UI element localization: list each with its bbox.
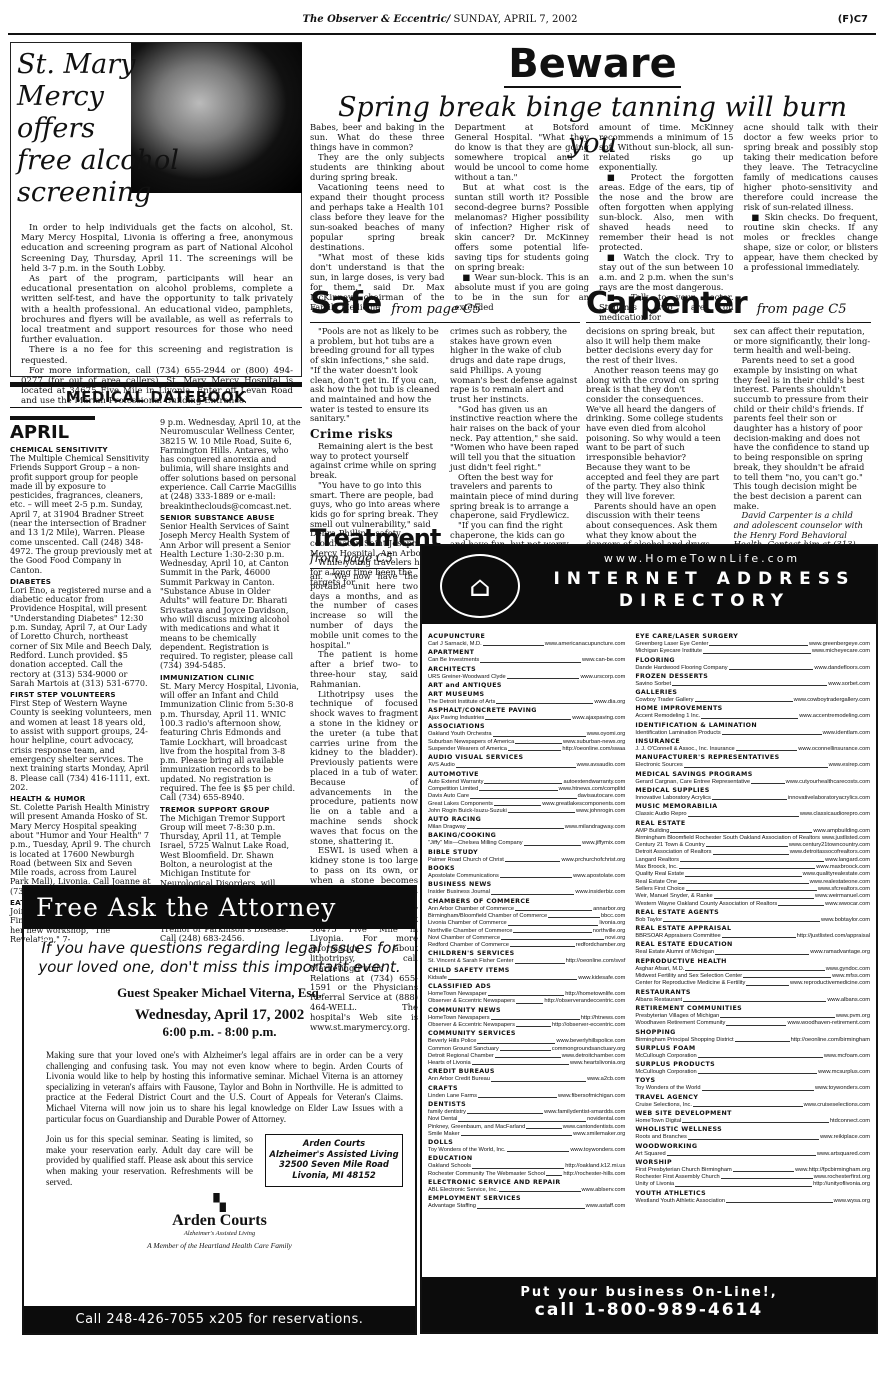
entry-name: Detroit Regional Chamber bbox=[428, 1053, 494, 1060]
entry-url[interactable]: www.esirep.com bbox=[829, 762, 870, 769]
directory-entry[interactable]: J. J. O'Connell & Assoc., Inc. Insurance… bbox=[635, 746, 870, 753]
issue-date: SUNDAY, APRIL 7, 2002 bbox=[454, 14, 578, 25]
directory-entry[interactable]: Hearts of Livoniawww.heartslivonia.org bbox=[428, 1060, 625, 1067]
directory-category: CHAMBERS OF COMMERCE bbox=[428, 898, 625, 906]
directory-entry[interactable]: Detroit Association of Realtorswww.detro… bbox=[635, 849, 870, 856]
directory-entry[interactable]: Accent Remodeling 1 Inc.www.accentremode… bbox=[635, 713, 870, 720]
directory-entry[interactable]: "Jiffy" Mix—Chelsea Milling Companywww.j… bbox=[428, 840, 625, 847]
entry-name: Electronic Sources bbox=[635, 762, 682, 769]
promo-phone: call 1-800-989-4614 bbox=[422, 1300, 876, 1320]
directory-entry[interactable]: Apostolate Communicationswww.apostolate.… bbox=[428, 873, 625, 880]
entry-url[interactable]: www.avsaudio.com bbox=[577, 762, 626, 769]
directory-entry[interactable]: Smile Makerwww.smilemaker.org bbox=[428, 1131, 625, 1138]
carpenter-from-page: from page C5 bbox=[757, 302, 847, 317]
entry-url[interactable]: novi.org bbox=[605, 935, 625, 942]
entry-name: Gerard Cargnan, Care Entree Representati… bbox=[635, 779, 750, 786]
directory-entry[interactable]: Center for Reproductive Medicine & Ferti… bbox=[635, 980, 870, 987]
entry-url[interactable]: www.artsquared.com bbox=[817, 1151, 870, 1158]
entry-url[interactable]: www.wysa.org bbox=[834, 1198, 870, 1205]
directory-url[interactable]: www.HomeTownLife.com bbox=[532, 552, 872, 565]
entry-url[interactable]: www.familydentist-smardds.com bbox=[544, 1109, 625, 1116]
directory-entry[interactable]: Oakland Schoolshttp://oakland.k12.mi.us bbox=[428, 1163, 625, 1170]
entry-url[interactable]: www.fibersofmichigan.com bbox=[558, 1093, 625, 1100]
entry-url[interactable]: www.bobtaylor.com bbox=[821, 917, 870, 924]
entry-url[interactable]: innovativelaboratoryacrylics.com bbox=[788, 795, 870, 802]
entry-url[interactable]: www.maxbroock.com bbox=[816, 864, 870, 871]
leader-dots bbox=[701, 713, 798, 718]
datebook-event: SENIOR SUBSTANCE ABUSESenior Health Serv… bbox=[160, 513, 302, 671]
datebook-event: 9 p.m. Wednesday, April 10, at the Neuro… bbox=[160, 418, 302, 511]
leader-dots bbox=[526, 1124, 561, 1129]
entry-url[interactable]: http://oeonline.com/birmingham bbox=[791, 1037, 870, 1044]
leader-dots bbox=[501, 935, 604, 940]
entry-url[interactable]: www.cowboytradergallery.com bbox=[794, 697, 870, 704]
entry-url[interactable]: annarbor.org bbox=[593, 906, 625, 913]
directory-entry[interactable]: Weir, Manuel Snyder, & Rankewww.weirmanu… bbox=[635, 893, 870, 900]
directory-category: EMPLOYMENT SERVICES bbox=[428, 1195, 625, 1203]
entry-url[interactable]: www.oyomi.org bbox=[587, 731, 626, 738]
directory-entry[interactable]: Advantage Staffingwww.astaff.com bbox=[428, 1203, 625, 1210]
entry-url[interactable]: www.albans.com bbox=[827, 997, 870, 1004]
safe-jump-head: Safe from page C5 bbox=[310, 288, 580, 323]
entry-url[interactable]: www.cantondentists.com bbox=[563, 1124, 626, 1131]
entry-name: Toy Wonders of the World bbox=[635, 1085, 700, 1092]
leader-dots bbox=[491, 1076, 586, 1081]
directory-category: APARTMENT bbox=[428, 649, 625, 657]
leader-dots bbox=[722, 933, 796, 938]
entry-url[interactable]: www.dia.org bbox=[594, 699, 625, 706]
entry-url[interactable]: redfordchamber.org bbox=[576, 942, 626, 949]
entry-url[interactable]: www.detroitassocofrealtors.com bbox=[790, 849, 870, 856]
directory-entry[interactable]: Michigan Eyecare Institutewww.micheyecar… bbox=[635, 648, 870, 655]
entry-url[interactable]: www.http://fpcbirmingham.org bbox=[795, 1167, 870, 1174]
entry-url[interactable]: livonia.org bbox=[599, 920, 625, 927]
directory-entry[interactable]: Davis Auto Caredavisautocare.com bbox=[428, 793, 625, 800]
entry-url[interactable]: www.ajaxpaving.com bbox=[572, 715, 625, 722]
entry-name: "Jiffy" Mix—Chelsea Milling Company bbox=[428, 840, 523, 847]
entry-url[interactable]: www.smilemaker.org bbox=[573, 1131, 625, 1138]
directory-entry[interactable]: Linden Lane Farmswww.fibersofmichigan.co… bbox=[428, 1093, 625, 1100]
entry-url[interactable]: www.heartslivonia.org bbox=[570, 1060, 625, 1067]
directory-category: MEDICAL SAVINGS PROGRAMS bbox=[635, 771, 870, 779]
directory-entry[interactable]: Great Lakes Componentswww.greatlakescomp… bbox=[428, 801, 625, 808]
entry-url[interactable]: www.kidesafe.com bbox=[578, 975, 625, 982]
entry-name: URS Greiner-Woodward Clyde bbox=[428, 674, 506, 681]
directory-entry[interactable]: Carl J Sarnacki, M.D.www.americanacupunc… bbox=[428, 641, 625, 648]
entry-url[interactable]: http://unityoflivonia.org bbox=[813, 1181, 870, 1188]
directory-entry[interactable]: Redford Chamber of Commerceredfordchambe… bbox=[428, 942, 625, 949]
guest-speaker: Guest Speaker Michael Viterna, Esq. bbox=[24, 985, 415, 1001]
leader-dots bbox=[488, 991, 564, 996]
directory-entry[interactable]: Palmer Road Church of Christwww.prchurch… bbox=[428, 857, 625, 864]
leader-dots bbox=[467, 1109, 543, 1114]
entry-url[interactable]: www.can-be.com bbox=[582, 657, 625, 664]
entry-name: McCullough Corporation bbox=[635, 1069, 696, 1076]
directory-entry[interactable]: Northville Chamber of Commercenorthville… bbox=[428, 928, 625, 935]
directory-entry[interactable]: Dande Hardwood Flooring Companywww.dande… bbox=[635, 665, 870, 672]
directory-entry[interactable]: Detroit Regional Chamberwww.detroitchamb… bbox=[428, 1053, 625, 1060]
entry-name: Great Lakes Components bbox=[428, 801, 493, 808]
directory-entry[interactable]: Milan Dragwaywww.milandragway.com bbox=[428, 824, 625, 831]
entry-url[interactable]: www.toywonders.com bbox=[570, 1147, 625, 1154]
entry-url[interactable]: www.accentremodeling.com bbox=[799, 713, 870, 720]
datebook-event: FIRST STEP VOLUNTEERSFirst Step of Weste… bbox=[10, 690, 152, 792]
directory-entry[interactable]: John Rogin Buick-Isuzu-Suzukiwww.johnrog… bbox=[428, 808, 625, 815]
entry-url[interactable]: www.milandragway.com bbox=[565, 824, 626, 831]
entry-url[interactable]: www.mcsurplus.com bbox=[818, 1069, 870, 1076]
entry-url[interactable]: www.mcfoam.com bbox=[824, 1053, 870, 1060]
directory-entry[interactable]: Classic Audio Reprowww.classicaudiorepro… bbox=[635, 811, 870, 818]
directory-entry[interactable]: Art Squaredwww.artsquared.com bbox=[635, 1151, 870, 1158]
entry-url[interactable]: www.reikiplace.com bbox=[820, 1134, 870, 1141]
directory-entry[interactable]: Suspender Wearers of Americahttp://oeonl… bbox=[428, 746, 625, 753]
ad-header: Free Ask the Attorney Seminar bbox=[24, 887, 415, 929]
directory-category: MUSIC MEMORABILIA bbox=[635, 803, 870, 811]
directory-entry[interactable]: Pinkney, Greenbaum, and MacFarlandwww.ca… bbox=[428, 1124, 625, 1131]
directory-entry[interactable]: Identification Lamination Productswww.id… bbox=[635, 730, 870, 737]
directory-entry[interactable]: Can Be Investmentswww.can-be.com bbox=[428, 657, 625, 664]
leader-dots bbox=[456, 762, 576, 767]
entry-url[interactable]: www.justlisted.com bbox=[822, 835, 870, 842]
entry-url[interactable]: autoextendwarranty.com bbox=[563, 779, 625, 786]
entry-url[interactable]: http://oeonline.com/swaa bbox=[562, 746, 625, 753]
entry-url[interactable]: www.astaff.com bbox=[586, 1203, 626, 1210]
leader-dots bbox=[499, 1187, 581, 1192]
entry-url[interactable]: www.classicaudiorepro.com bbox=[800, 811, 870, 818]
entry-name: Langard Realtors bbox=[635, 857, 679, 864]
leader-dots bbox=[483, 641, 544, 646]
entry-name: Common Ground Sanctuary bbox=[428, 1046, 499, 1053]
entry-name: Michigan Eyecare Institute bbox=[635, 648, 702, 655]
directory-entry[interactable]: Asghar Afsari, M.D.www.gyndoc.com bbox=[635, 966, 870, 973]
entry-url[interactable]: www.beverlyhillspolice.com bbox=[556, 1038, 625, 1045]
entry-url[interactable]: www.cruiseselections.com bbox=[804, 1102, 870, 1109]
directory-category: WEB SITE DEVELOPMENT bbox=[635, 1110, 870, 1118]
entry-name: Suburban Newspapers of America bbox=[428, 739, 514, 746]
entry-url[interactable]: www.dandefloors.com bbox=[814, 665, 870, 672]
entry-name: Roots and Branches bbox=[635, 1134, 687, 1141]
leader-dots bbox=[685, 871, 802, 876]
leader-dots bbox=[479, 786, 557, 791]
entry-url[interactable]: www.urscorp.com bbox=[580, 674, 625, 681]
directory-entry[interactable]: Ajax Paving Industrieswww.ajaxpaving.com bbox=[428, 715, 625, 722]
directory-entry[interactable]: St. Vincent & Sarah Fisher Centerhttp://… bbox=[428, 958, 625, 965]
directory-entry[interactable]: family dentistrywww.familydentist-smardd… bbox=[428, 1109, 625, 1116]
leader-dots bbox=[491, 1015, 580, 1020]
entry-name: Observer & Eccentric Newspapers bbox=[428, 1022, 515, 1029]
entry-url[interactable]: www.a2cb.com bbox=[587, 1076, 625, 1083]
directory-entry[interactable]: URS Greiner-Woodward Clydewww.urscorp.co… bbox=[428, 674, 625, 681]
leader-dots bbox=[709, 641, 808, 646]
entry-name: Observer & Eccentric Newspapers bbox=[428, 998, 515, 1005]
directory-category: BOOKS bbox=[428, 865, 625, 873]
leader-dots bbox=[513, 928, 591, 933]
directory-entry[interactable]: Woodhaven Retirement Communitywww.woodha… bbox=[635, 1020, 870, 1027]
leader-dots bbox=[713, 849, 789, 854]
leader-dots bbox=[735, 1037, 790, 1042]
leader-dots bbox=[508, 808, 575, 813]
entry-url[interactable]: www.cutyourhealthcarecosts.com bbox=[786, 779, 870, 786]
directory-category: ELECTRONIC SERVICE AND REPAIR bbox=[428, 1179, 625, 1187]
entry-name: HomeTown Digital bbox=[635, 1118, 681, 1125]
entry-url[interactable]: www.apostolate.com bbox=[573, 873, 625, 880]
entry-url[interactable]: www.langard.com bbox=[825, 857, 870, 864]
entry-name: Quality Real Estate bbox=[635, 871, 684, 878]
entry-name: J. J. O'Connell & Assoc., Inc. Insurance bbox=[635, 746, 734, 753]
directory-entry[interactable]: HomeTown Newspapershttp://htnews.com bbox=[428, 1015, 625, 1022]
stmary-article: St. Mary Mercy offers free alcohol scree… bbox=[10, 42, 302, 377]
entry-name: Pinkney, Greenbaum, and MacFarland bbox=[428, 1124, 525, 1131]
datebook-title: MEDICAL DATEBOOK bbox=[10, 387, 302, 408]
directory-entry[interactable]: HomeTown Newspaperhttp://hometownlife.co… bbox=[428, 991, 625, 998]
directory-entry[interactable]: McCullough Corporationwww.mcfoam.com bbox=[635, 1053, 870, 1060]
directory-category: COMMUNITY SERVICES bbox=[428, 1030, 625, 1038]
directory-entry[interactable]: Toy Wonders of the World, Inc.www.toywon… bbox=[428, 1147, 625, 1154]
directory-category: AUTOMOTIVE bbox=[428, 771, 625, 779]
entry-name: Beverly Hills Police bbox=[428, 1038, 476, 1045]
entry-name: Century 21 Town & Country bbox=[635, 842, 704, 849]
directory-entry[interactable]: Greenberg Laser Eye Centerwww.greenberge… bbox=[635, 641, 870, 648]
directory-entry[interactable]: Bob Taylorwww.bobtaylor.com bbox=[635, 917, 870, 924]
entry-url[interactable]: www.gyndoc.com bbox=[826, 966, 870, 973]
directory-entry[interactable]: Western Wayne Oakland County Association… bbox=[635, 901, 870, 908]
directory-entry[interactable]: Auto Extend Warrantyautoextendwarranty.c… bbox=[428, 779, 625, 786]
entry-url[interactable]: http://htnews.com bbox=[581, 1015, 626, 1022]
treatment-from-page: from page C5 bbox=[310, 551, 418, 569]
directory-category: BAKING/COOKING bbox=[428, 832, 625, 840]
entry-url[interactable]: www.prchurchofchrist.org bbox=[561, 857, 625, 864]
ad-body: Making sure that your loved one's with A… bbox=[46, 1050, 403, 1124]
entry-url[interactable]: http://observer-eccentric.com bbox=[552, 1022, 625, 1029]
directory-entry[interactable]: Albans Restaurantwww.albans.com bbox=[635, 997, 870, 1004]
directory-entry[interactable]: Suburban Newspapers of Americawww.suburb… bbox=[428, 739, 625, 746]
entry-name: Accent Remodeling 1 Inc. bbox=[635, 713, 700, 720]
leader-dots bbox=[736, 746, 798, 751]
entry-url[interactable]: www.ramadvantage.org bbox=[810, 949, 870, 956]
entry-url[interactable]: www.qualityrealestate.com bbox=[803, 871, 870, 878]
entry-name: Innovative Laboratory Acrylics bbox=[635, 795, 711, 802]
promo-line: Put your business On-Line!, bbox=[422, 1285, 876, 1300]
directory-entry[interactable]: Real Estate Onewww.realestateone.com bbox=[635, 879, 870, 886]
directory-entry[interactable]: Real Estate Alumni of Michiganwww.ramadv… bbox=[635, 949, 870, 956]
directory-entry[interactable]: McCullough Corporationwww.mcsurplus.com bbox=[635, 1069, 870, 1076]
entry-name: Ann Arbor Credit Bureau bbox=[428, 1076, 490, 1083]
entry-name: HomeTown Newspaper bbox=[428, 991, 487, 998]
directory-entry[interactable]: Kidsafewww.kidesafe.com bbox=[428, 975, 625, 982]
directory-category: WORSHIP bbox=[635, 1159, 870, 1167]
directory-entry[interactable]: Insider Business Journalwww.insiderbiz.c… bbox=[428, 889, 625, 896]
entry-url[interactable]: www.insiderbiz.com bbox=[575, 889, 625, 896]
entry-url[interactable]: www.ablserv.com bbox=[582, 1187, 626, 1194]
directory-entry[interactable]: Toy Wonders of the Worldwww.toywonders.c… bbox=[635, 1085, 870, 1092]
directory-entry[interactable]: Livonia Chamber of Commercelivonia.org bbox=[428, 920, 625, 927]
leader-dots bbox=[477, 1203, 585, 1208]
directory-entry[interactable]: Century 21 Town & Countrywww.century21to… bbox=[635, 842, 870, 849]
safe-kicker: Safe bbox=[310, 288, 381, 320]
directory-category: AUTO RACING bbox=[428, 816, 625, 824]
directory-category: ART MUSEUMS bbox=[428, 691, 625, 699]
leader-dots bbox=[751, 779, 785, 784]
entry-name: AVS Audio bbox=[428, 762, 455, 769]
entry-url[interactable]: www.jiffymix.com bbox=[582, 840, 625, 847]
directory-entry[interactable]: Electronic Sourceswww.esirep.com bbox=[635, 762, 870, 769]
directory-entry[interactable]: Quality Real Estatewww.qualityrealestate… bbox=[635, 871, 870, 878]
leader-dots bbox=[688, 811, 799, 816]
carpenter-column: decisions on spring break, but also it w… bbox=[586, 327, 724, 570]
entry-name: Advantage Staffing bbox=[428, 1203, 476, 1210]
directory-entry[interactable]: AMP Buildingwww.ampbuilding.com bbox=[635, 828, 870, 835]
leader-dots bbox=[778, 901, 824, 906]
entry-url[interactable]: www.realestateone.com bbox=[810, 879, 870, 886]
directory-entry[interactable]: Competition Limitedwww.htnews.com/compli… bbox=[428, 786, 625, 793]
entry-url[interactable]: http://oeonline.com/svsf bbox=[566, 958, 626, 965]
leader-dots bbox=[472, 1163, 564, 1168]
directory-entry[interactable]: Cowboy Trader Gallerywww.cowboytradergal… bbox=[635, 697, 870, 704]
directory-entry[interactable]: Rochester Community The Webmaster School… bbox=[428, 1171, 625, 1178]
entry-name: Center for Reproductive Medicine & Ferti… bbox=[635, 980, 745, 987]
leader-dots bbox=[500, 1046, 551, 1051]
crime-risks-subhead: Crime risks bbox=[310, 427, 440, 441]
directory-entry[interactable]: Common Ground Sanctuarycommongroundsanct… bbox=[428, 1046, 625, 1053]
leader-dots bbox=[516, 1022, 551, 1027]
entry-url[interactable]: www.oconnellinsurance.com bbox=[798, 746, 870, 753]
entry-url[interactable]: www.toywonders.com bbox=[815, 1085, 870, 1092]
directory-entry[interactable]: Birmingham Principal Shopping Districtht… bbox=[635, 1037, 870, 1044]
entry-url[interactable]: http://hometownlife.com bbox=[565, 991, 625, 998]
directory-entry[interactable]: Sellers First Choicewww.sfcrealtors.com bbox=[635, 886, 870, 893]
entry-url[interactable]: www.suburban-news.org bbox=[563, 739, 625, 746]
entry-name: Northville Chamber of Commerce bbox=[428, 928, 512, 935]
treatment-kicker: Treatment bbox=[310, 525, 418, 551]
directory-entry[interactable]: HomeTown Digitalhtdconnect.com bbox=[635, 1118, 870, 1125]
directory-entry[interactable]: Innovative Laboratory Acrylicsinnovative… bbox=[635, 795, 870, 802]
directory-entry[interactable]: Ann Arbor Credit Bureauwww.a2cb.com bbox=[428, 1076, 625, 1083]
directory-entry[interactable]: Observer & Eccentric Newspapershttp://ob… bbox=[428, 1022, 625, 1029]
directory-entry[interactable]: First Presbyterian Church Birminghamwww.… bbox=[635, 1167, 870, 1174]
entry-name: St. Vincent & Sarah Fisher Center bbox=[428, 958, 514, 965]
entry-url[interactable]: http://rochester-hills.com bbox=[563, 1171, 625, 1178]
entry-url[interactable]: http://oakland.k12.mi.us bbox=[565, 1163, 625, 1170]
entry-url[interactable]: bbcc.com bbox=[601, 913, 625, 920]
directory-list-right: EYE CARE/LASER SURGERYGreenberg Laser Ey… bbox=[635, 632, 870, 1211]
entry-name: Kidsafe bbox=[428, 975, 447, 982]
leader-dots bbox=[458, 1116, 586, 1121]
masthead-rule bbox=[8, 33, 876, 35]
directory-entry[interactable]: Novi Dentalnovidental.com bbox=[428, 1116, 625, 1123]
leader-dots bbox=[484, 779, 562, 784]
entry-url[interactable]: davisautocare.com bbox=[578, 793, 626, 800]
directory-entry[interactable]: Birmingham Bloomfield Rochester South Oa… bbox=[635, 835, 870, 842]
directory-entry[interactable]: Midwest Fertility and Sex Selection Cent… bbox=[635, 973, 870, 980]
directory-entry[interactable]: Presbyterian Villages of Michiganwww.pvm… bbox=[635, 1013, 870, 1020]
directory-entry[interactable]: Langard Realtorswww.langard.com bbox=[635, 857, 870, 864]
medical-datebook: MEDICAL DATEBOOK APRIL CHEMICAL SENSITIV… bbox=[10, 382, 302, 944]
entry-url[interactable]: www.johnrogin.com bbox=[576, 808, 625, 815]
paper-name: The Observer & Eccentric/ bbox=[303, 14, 451, 25]
directory-entry[interactable]: BBRSOAR Appraisers Committeehttp://justl… bbox=[635, 933, 870, 940]
directory-category: FROZEN DESSERTS bbox=[635, 673, 870, 681]
entry-name: Ann Arbor Chamber of Commerce bbox=[428, 906, 514, 913]
entry-url[interactable]: www.sfcrealtors.com bbox=[818, 886, 870, 893]
entry-url[interactable]: northville.org bbox=[593, 928, 626, 935]
entry-url[interactable]: www.pvm.org bbox=[836, 1013, 870, 1020]
entry-url[interactable]: www.weirmanuel.com bbox=[815, 893, 870, 900]
entry-url[interactable]: http://observerandeccentric.com bbox=[544, 998, 625, 1005]
entry-url[interactable]: www.ampbuilding.com bbox=[813, 828, 870, 835]
entry-url[interactable]: www.rochesterfirst.org bbox=[814, 1174, 870, 1181]
entry-url[interactable]: commongroundsanctuary.org bbox=[552, 1046, 626, 1053]
directory-entry[interactable]: Ann Arbor Chamber of Commerceannarbor.or… bbox=[428, 906, 625, 913]
ad-question: If you have questions regarding legal is… bbox=[24, 939, 415, 977]
directory-category: ART and ANTIQUES bbox=[428, 682, 625, 690]
directory-entry[interactable]: Beverly Hills Policewww.beverlyhillspoli… bbox=[428, 1038, 625, 1045]
entry-url[interactable]: www.micheyecare.com bbox=[812, 648, 870, 655]
entry-name: Western Wayne Oakland County Association… bbox=[635, 901, 777, 908]
entry-name: Davis Auto Care bbox=[428, 793, 469, 800]
entry-name: Detroit Association of Realtors bbox=[635, 849, 711, 856]
leader-dots bbox=[683, 997, 826, 1002]
leader-dots bbox=[695, 697, 793, 702]
entry-url[interactable]: www.century21towncountry.com bbox=[789, 842, 870, 849]
arden-courts-logo: ▚ Arden Courts Alzheimer's Assisted Livi… bbox=[24, 1193, 415, 1250]
entry-url[interactable]: www.htnews.com/complitd bbox=[559, 786, 626, 793]
directory-entry[interactable]: Cruise Selections, Inc.www.cruiseselecti… bbox=[635, 1102, 870, 1109]
directory-entry[interactable]: AVS Audiowww.avsaudio.com bbox=[428, 762, 625, 769]
directory-entry[interactable]: Novi Chamber of Commercenovi.org bbox=[428, 935, 625, 942]
entry-url[interactable]: www.americanacupuncture.com bbox=[545, 641, 626, 648]
directory-entry[interactable]: Oakland Youth Orchestrawww.oyomi.org bbox=[428, 731, 625, 738]
entry-name: Linden Lane Farms bbox=[428, 1093, 477, 1100]
entry-url[interactable]: www.wwocar.com bbox=[825, 901, 870, 908]
entry-url[interactable]: novidental.com bbox=[587, 1116, 625, 1123]
entry-name: Art Squared bbox=[635, 1151, 665, 1158]
entry-url[interactable]: www.woodhaven-retirement.com bbox=[787, 1020, 870, 1027]
entry-url[interactable]: www.greenbergeye.com bbox=[809, 641, 870, 648]
entry-url[interactable]: www.reproductivemedicine.com bbox=[790, 980, 870, 987]
directory-entry[interactable]: Max Broock, Inc.www.maxbroock.com bbox=[635, 864, 870, 871]
directory-entry[interactable]: Birmingham/Bloomfield Chamber of Commerc… bbox=[428, 913, 625, 920]
directory-entry[interactable]: Observer & Eccentric Newspapershttp://ob… bbox=[428, 998, 625, 1005]
entry-url[interactable]: www.identlam.com bbox=[823, 730, 870, 737]
entry-name: Unity of Livonia bbox=[635, 1181, 674, 1188]
directory-entry[interactable]: ABL Electronic Service, Inc.www.ablserv.… bbox=[428, 1187, 625, 1194]
directory-entry[interactable]: Gerard Cargnan, Care Entree Representati… bbox=[635, 779, 870, 786]
directory-category: MANUFACTURER'S REPRESENTATIVES bbox=[635, 754, 870, 762]
directory-entry[interactable]: Roots and Brancheswww.reikiplace.com bbox=[635, 1134, 870, 1141]
entry-url[interactable]: www.mfss.com bbox=[832, 973, 870, 980]
entry-name: Weir, Manuel Snyder, & Ranke bbox=[635, 893, 712, 900]
directory-entry[interactable]: The Detroit Institute of Artswww.dia.org bbox=[428, 699, 625, 706]
entry-url[interactable]: http://justlisted.com/appraisal bbox=[797, 933, 870, 940]
entry-url[interactable]: www.detroitchamber.com bbox=[562, 1053, 626, 1060]
entry-url[interactable]: www.greatlakescomponents.com bbox=[542, 801, 625, 808]
entry-url[interactable]: htdconnect.com bbox=[830, 1118, 870, 1125]
directory-entry[interactable]: Westland Youth Athletic Associationwww.w… bbox=[635, 1198, 870, 1205]
directory-entry[interactable]: Rochester First Assembly Churchwww.roche… bbox=[635, 1174, 870, 1181]
entry-url[interactable]: www.sorbet.com bbox=[828, 681, 870, 688]
seminar-date: Wednesday, April 17, 2002 bbox=[24, 1007, 415, 1024]
directory-category: REAL ESTATE bbox=[635, 820, 870, 828]
entry-name: AMP Building bbox=[635, 828, 669, 835]
entry-name: First Presbyterian Church Birmingham bbox=[635, 1167, 731, 1174]
page-number: (F)C7 bbox=[838, 14, 868, 25]
directory-entry[interactable]: Savino Sorbetwww.sorbet.com bbox=[635, 681, 870, 688]
datebook-event: CHEMICAL SENSITIVITYThe Multiple Chemica… bbox=[10, 445, 152, 575]
entry-name: Greenberg Laser Eye Center bbox=[635, 641, 708, 648]
entry-name: Sellers First Choice bbox=[635, 886, 684, 893]
entry-name: ABL Electronic Service, Inc. bbox=[428, 1187, 498, 1194]
directory-entry[interactable]: Unity of Livoniahttp://unityoflivonia.or… bbox=[635, 1181, 870, 1188]
